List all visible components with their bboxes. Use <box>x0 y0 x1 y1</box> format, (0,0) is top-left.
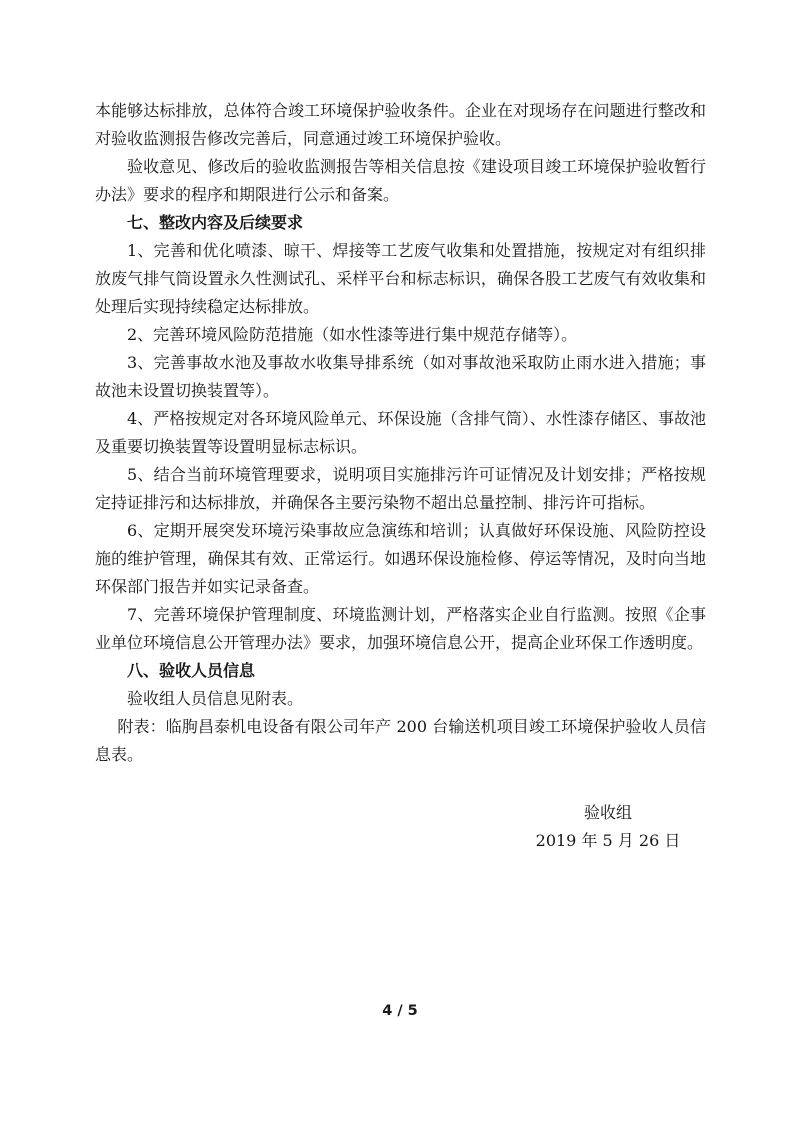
rectification-item-2: 2、完善环境风险防范措施（如水性漆等进行集中规范存储等）。 <box>95 321 706 349</box>
document-page: 本能够达标排放，总体符合竣工环境保护验收条件。企业在对现场存在问题进行整改和对验… <box>0 0 800 1131</box>
rectification-item-7: 7、完善环境保护管理制度、环境监测计划，严格落实企业自行监测。按照《企事业单位环… <box>95 601 706 657</box>
personnel-info-paragraph: 验收组人员信息见附表。 <box>95 685 706 713</box>
page-footer: 4 / 5 <box>0 1003 800 1019</box>
signature-date: 2019 年 5 月 26 日 <box>523 827 693 855</box>
document-body: 本能够达标排放，总体符合竣工环境保护验收条件。企业在对现场存在问题进行整改和对验… <box>95 97 706 855</box>
public-notice-paragraph: 验收意见、修改后的验收监测报告等相关信息按《建设项目竣工环境保护验收暂行办法》要… <box>95 153 706 209</box>
rectification-item-4: 4、严格按规定对各环境风险单元、环保设施（含排气筒）、水性漆存储区、事故池及重要… <box>95 405 706 461</box>
rectification-item-1: 1、完善和优化喷漆、晾干、焊接等工艺废气收集和处置措施，按规定对有组织排放废气排… <box>95 237 706 321</box>
continuation-paragraph: 本能够达标排放，总体符合竣工环境保护验收条件。企业在对现场存在问题进行整改和对验… <box>95 97 706 153</box>
page-number: 4 / 5 <box>382 1003 418 1019</box>
signature-block: 验收组 2019 年 5 月 26 日 <box>523 799 693 855</box>
section-7-heading: 七、整改内容及后续要求 <box>95 209 706 237</box>
signature-signer: 验收组 <box>523 799 693 827</box>
rectification-item-3: 3、完善事故水池及事故水收集导排系统（如对事故池采取防止雨水进入措施；事故池未设… <box>95 349 706 405</box>
rectification-item-6: 6、定期开展突发环境污染事故应急演练和培训；认真做好环保设施、风险防控设施的维护… <box>95 517 706 601</box>
attachment-reference-paragraph: 附表：临朐昌泰机电设备有限公司年产 200 台输送机项目竣工环境保护验收人员信息… <box>95 713 706 769</box>
section-8-heading: 八、验收人员信息 <box>95 657 706 685</box>
rectification-item-5: 5、结合当前环境管理要求，说明项目实施排污许可证情况及计划安排；严格按规定持证排… <box>95 461 706 517</box>
